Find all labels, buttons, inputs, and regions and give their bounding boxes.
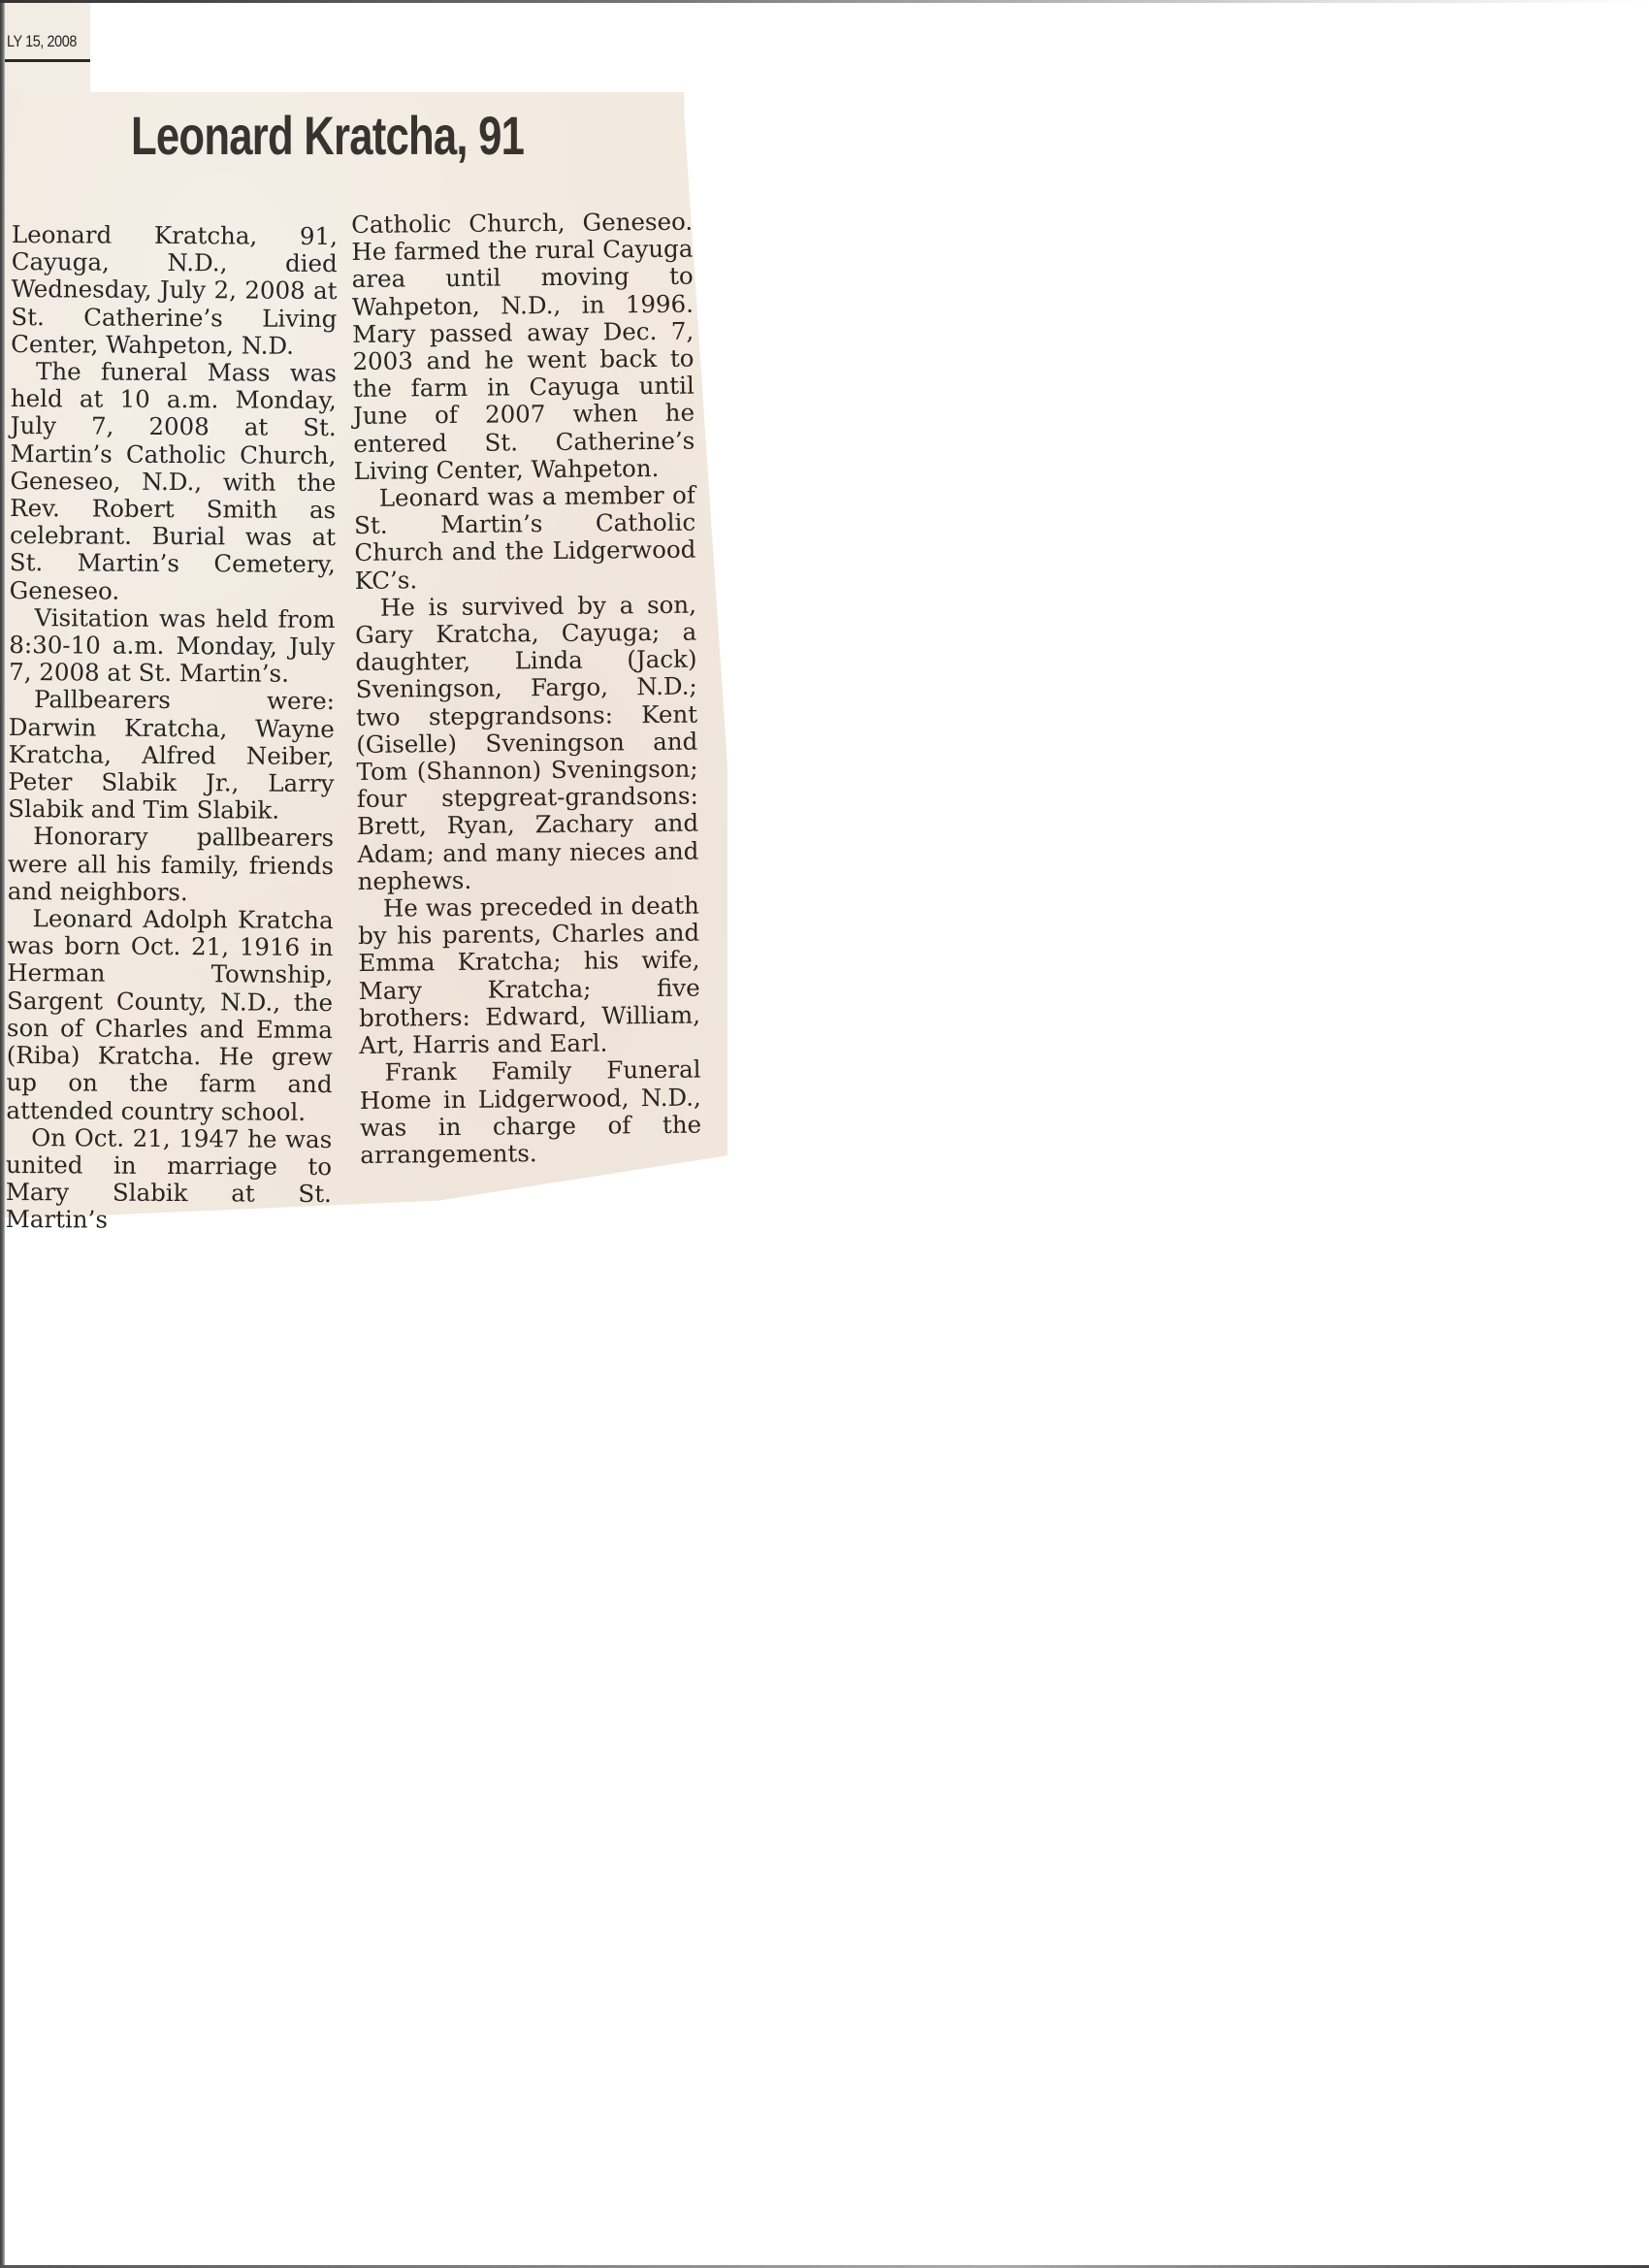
scan-left-edge [0, 0, 5, 2268]
text-column-left: Leonard Kratcha, 91, Cayuga, N.D., died … [6, 221, 338, 1236]
paragraph: On Oct. 21, 1947 he was united in marria… [6, 1124, 333, 1236]
paragraph: He is survived by a son, Gary Kratcha, C… [355, 591, 699, 895]
dateline: LY 15, 2008 [7, 32, 77, 51]
paragraph: Pallbearers were: Darwin Kratcha, Wayne … [8, 686, 335, 825]
paragraph: Leonard Kratcha, 91, Cayuga, N.D., died … [11, 221, 338, 360]
text-column-right: Catholic Church, Geneseo. He farmed the … [351, 209, 701, 1169]
paragraph: The funeral Mass was held at 10 a.m. Mon… [10, 358, 338, 606]
paragraph: Leonard was a member of St. Martin’s Cat… [354, 482, 696, 595]
paragraph: Honorary pallbearers were all his family… [8, 823, 335, 907]
dateline-rule [5, 59, 90, 62]
paragraph: Visitation was held from 8:30-10 a.m. Mo… [9, 604, 336, 689]
paragraph: He was preceded in death by his parents,… [358, 892, 701, 1060]
paragraph: Leonard Adolph Kratcha was born Oct. 21,… [6, 905, 333, 1126]
obituary-headline: Leonard Kratcha, 91 [131, 109, 524, 163]
paragraph: Frank Family Funeral Home in Lidgerwood,… [359, 1056, 701, 1169]
paragraph: Catholic Church, Geneseo. He farmed the … [351, 209, 695, 485]
blank-area [90, 3, 730, 92]
